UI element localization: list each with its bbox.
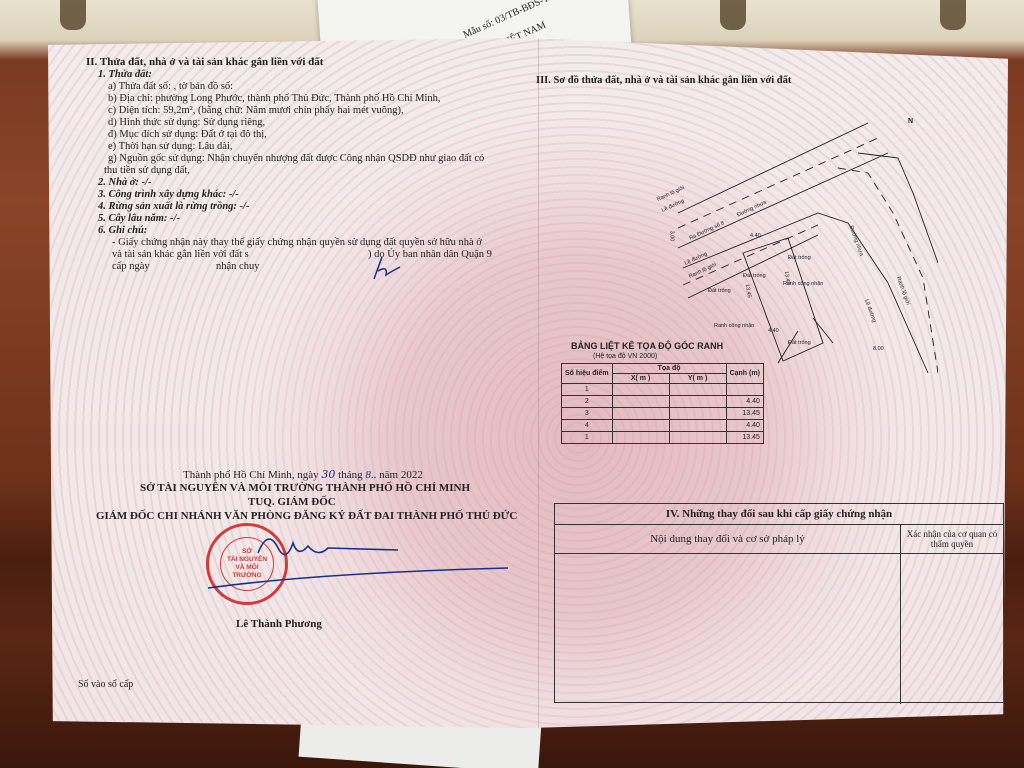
coord-cell-point: 4	[562, 420, 613, 432]
label-ranh-cong-nhan-2: Ranh công nhận	[714, 323, 754, 329]
label-dat-trong-bottom: Đất trống	[788, 340, 811, 346]
land-plot-diagram	[638, 113, 938, 393]
coord-cell-y	[669, 384, 726, 396]
dim-road-width: 8.00	[873, 346, 884, 352]
coord-cell-y	[669, 420, 726, 432]
agency-name: SỞ TÀI NGUYÊN VÀ MÔI TRƯỜNG THÀNH PHỐ HỒ…	[140, 482, 470, 495]
coord-cell-x	[612, 432, 669, 444]
coord-cell-y	[669, 396, 726, 408]
on-behalf: TUQ. GIÁM ĐỐC	[248, 496, 336, 509]
coord-cell-point: 1	[562, 384, 613, 396]
notes-line-3a: cấp ngày	[112, 260, 150, 273]
north-label: N	[908, 118, 913, 125]
coord-cell-x	[612, 420, 669, 432]
coord-cell-x	[612, 396, 669, 408]
year-label: .. năm	[371, 469, 401, 481]
year: 2022	[401, 469, 423, 481]
dim-side-width: 3.00	[668, 231, 674, 242]
land-certificate: II. Thửa đất, nhà ở và tài sản khác gắn …	[48, 38, 1008, 728]
day-handwritten: 30	[321, 468, 335, 481]
register-number-label: Số vào sổ cấp	[78, 678, 133, 691]
initial-signature	[366, 253, 406, 283]
dim-width-bottom: 4.40	[768, 328, 779, 334]
label-dat-trong-right: Đất trống	[788, 255, 811, 261]
col-y: Y( m )	[669, 374, 726, 384]
coord-row: 44.40	[562, 420, 764, 432]
section-iv-title: IV. Những thay đổi sau khi cấp giấy chứn…	[555, 504, 1003, 525]
place-date-text: Thành phố Hồ Chí Minh, ngày	[183, 469, 321, 481]
coord-table-subtitle: (Hệ tọa độ VN 2000)	[593, 353, 657, 360]
col-point: Số hiệu điểm	[562, 364, 613, 384]
label-dat-trong-center: Đất trống	[743, 273, 766, 279]
change-content-cell	[555, 554, 901, 704]
director-signature	[198, 518, 518, 598]
coord-cell-y	[669, 432, 726, 444]
coord-row: 313.45	[562, 408, 764, 420]
coord-cell-x	[612, 384, 669, 396]
section-iv-changes-table: IV. Những thay đổi sau khi cấp giấy chứn…	[554, 503, 1004, 703]
coord-cell-edge	[726, 384, 763, 396]
col-edge: Cạnh (m)	[726, 364, 763, 384]
col-coord: Tọa độ	[612, 364, 726, 374]
col-x: X( m )	[612, 374, 669, 384]
label-dat-trong-left: Đất trống	[708, 288, 731, 294]
coord-cell-y	[669, 408, 726, 420]
coord-cell-edge: 4.40	[726, 420, 763, 432]
signer-name: Lê Thành Phương	[236, 618, 322, 631]
wall-peg	[720, 0, 746, 30]
authority-confirmation-cell	[901, 554, 1003, 704]
coord-cell-x	[612, 408, 669, 420]
col-change-content: Nội dung thay đổi và cơ sở pháp lý	[555, 525, 901, 553]
coord-cell-point: 3	[562, 408, 613, 420]
place-date: Thành phố Hồ Chí Minh, ngày 30 tháng 8..…	[183, 468, 423, 482]
coord-cell-edge: 13.45	[726, 408, 763, 420]
wall-peg	[60, 0, 86, 30]
coordinate-table: Số hiệu điểm Tọa độ Cạnh (m) X( m ) Y( m…	[561, 363, 764, 444]
month-label: tháng	[335, 469, 365, 481]
wall-peg	[940, 0, 966, 30]
section-iii-title: III. Sơ đồ thửa đất, nhà ở và tài sản kh…	[536, 74, 791, 87]
col-authority-confirmation: Xác nhận của cơ quan có thẩm quyền	[901, 525, 1003, 553]
notes-line-3b: nhận chuy	[216, 260, 259, 273]
coord-cell-point: 1	[562, 432, 613, 444]
coord-row: 24.40	[562, 396, 764, 408]
coord-table-title: BẢNG LIỆT KÊ TỌA ĐỘ GÓC RANH	[571, 341, 723, 351]
coord-cell-point: 2	[562, 396, 613, 408]
coord-cell-edge: 13.45	[726, 432, 763, 444]
coord-cell-edge: 4.40	[726, 396, 763, 408]
coord-row: 1	[562, 384, 764, 396]
dim-width-top: 4.40	[750, 233, 761, 239]
center-fold	[538, 38, 539, 728]
coord-row: 113.45	[562, 432, 764, 444]
